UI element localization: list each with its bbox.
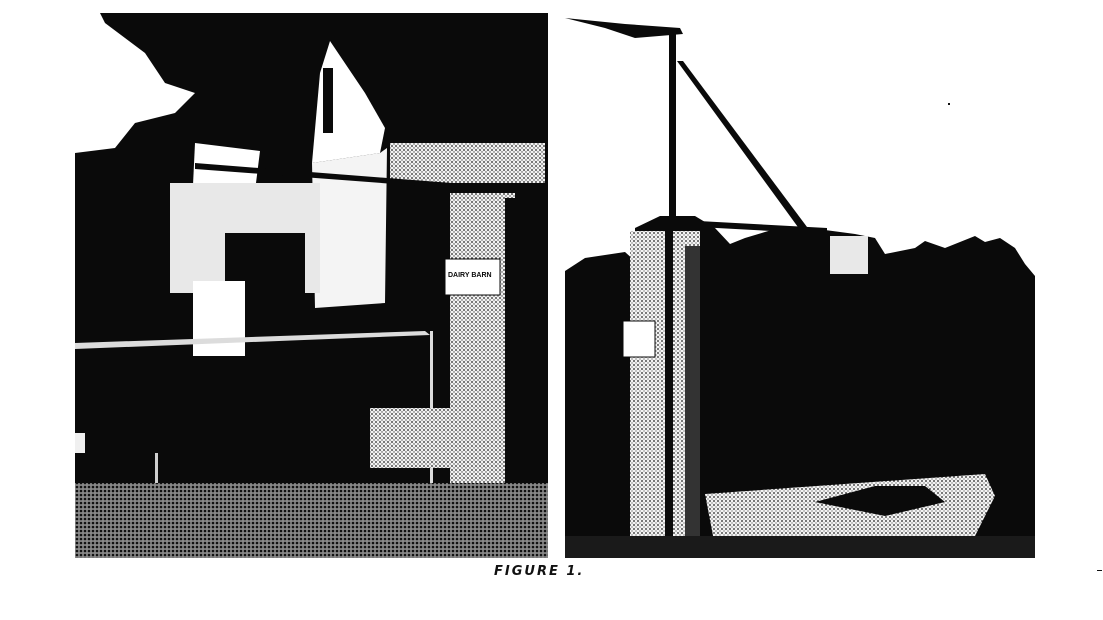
scan-artifact [1097, 570, 1102, 571]
left-photograph: DAIRY BARN [75, 13, 548, 558]
pillar-sign-text: DAIRY BARN [448, 272, 492, 279]
figure-caption: FIGURE 1. [494, 564, 584, 579]
left-photo-illustration: DAIRY BARN [75, 13, 548, 558]
right-photograph [565, 16, 1035, 558]
right-photo-illustration [565, 16, 1035, 558]
scan-artifact [948, 103, 950, 105]
